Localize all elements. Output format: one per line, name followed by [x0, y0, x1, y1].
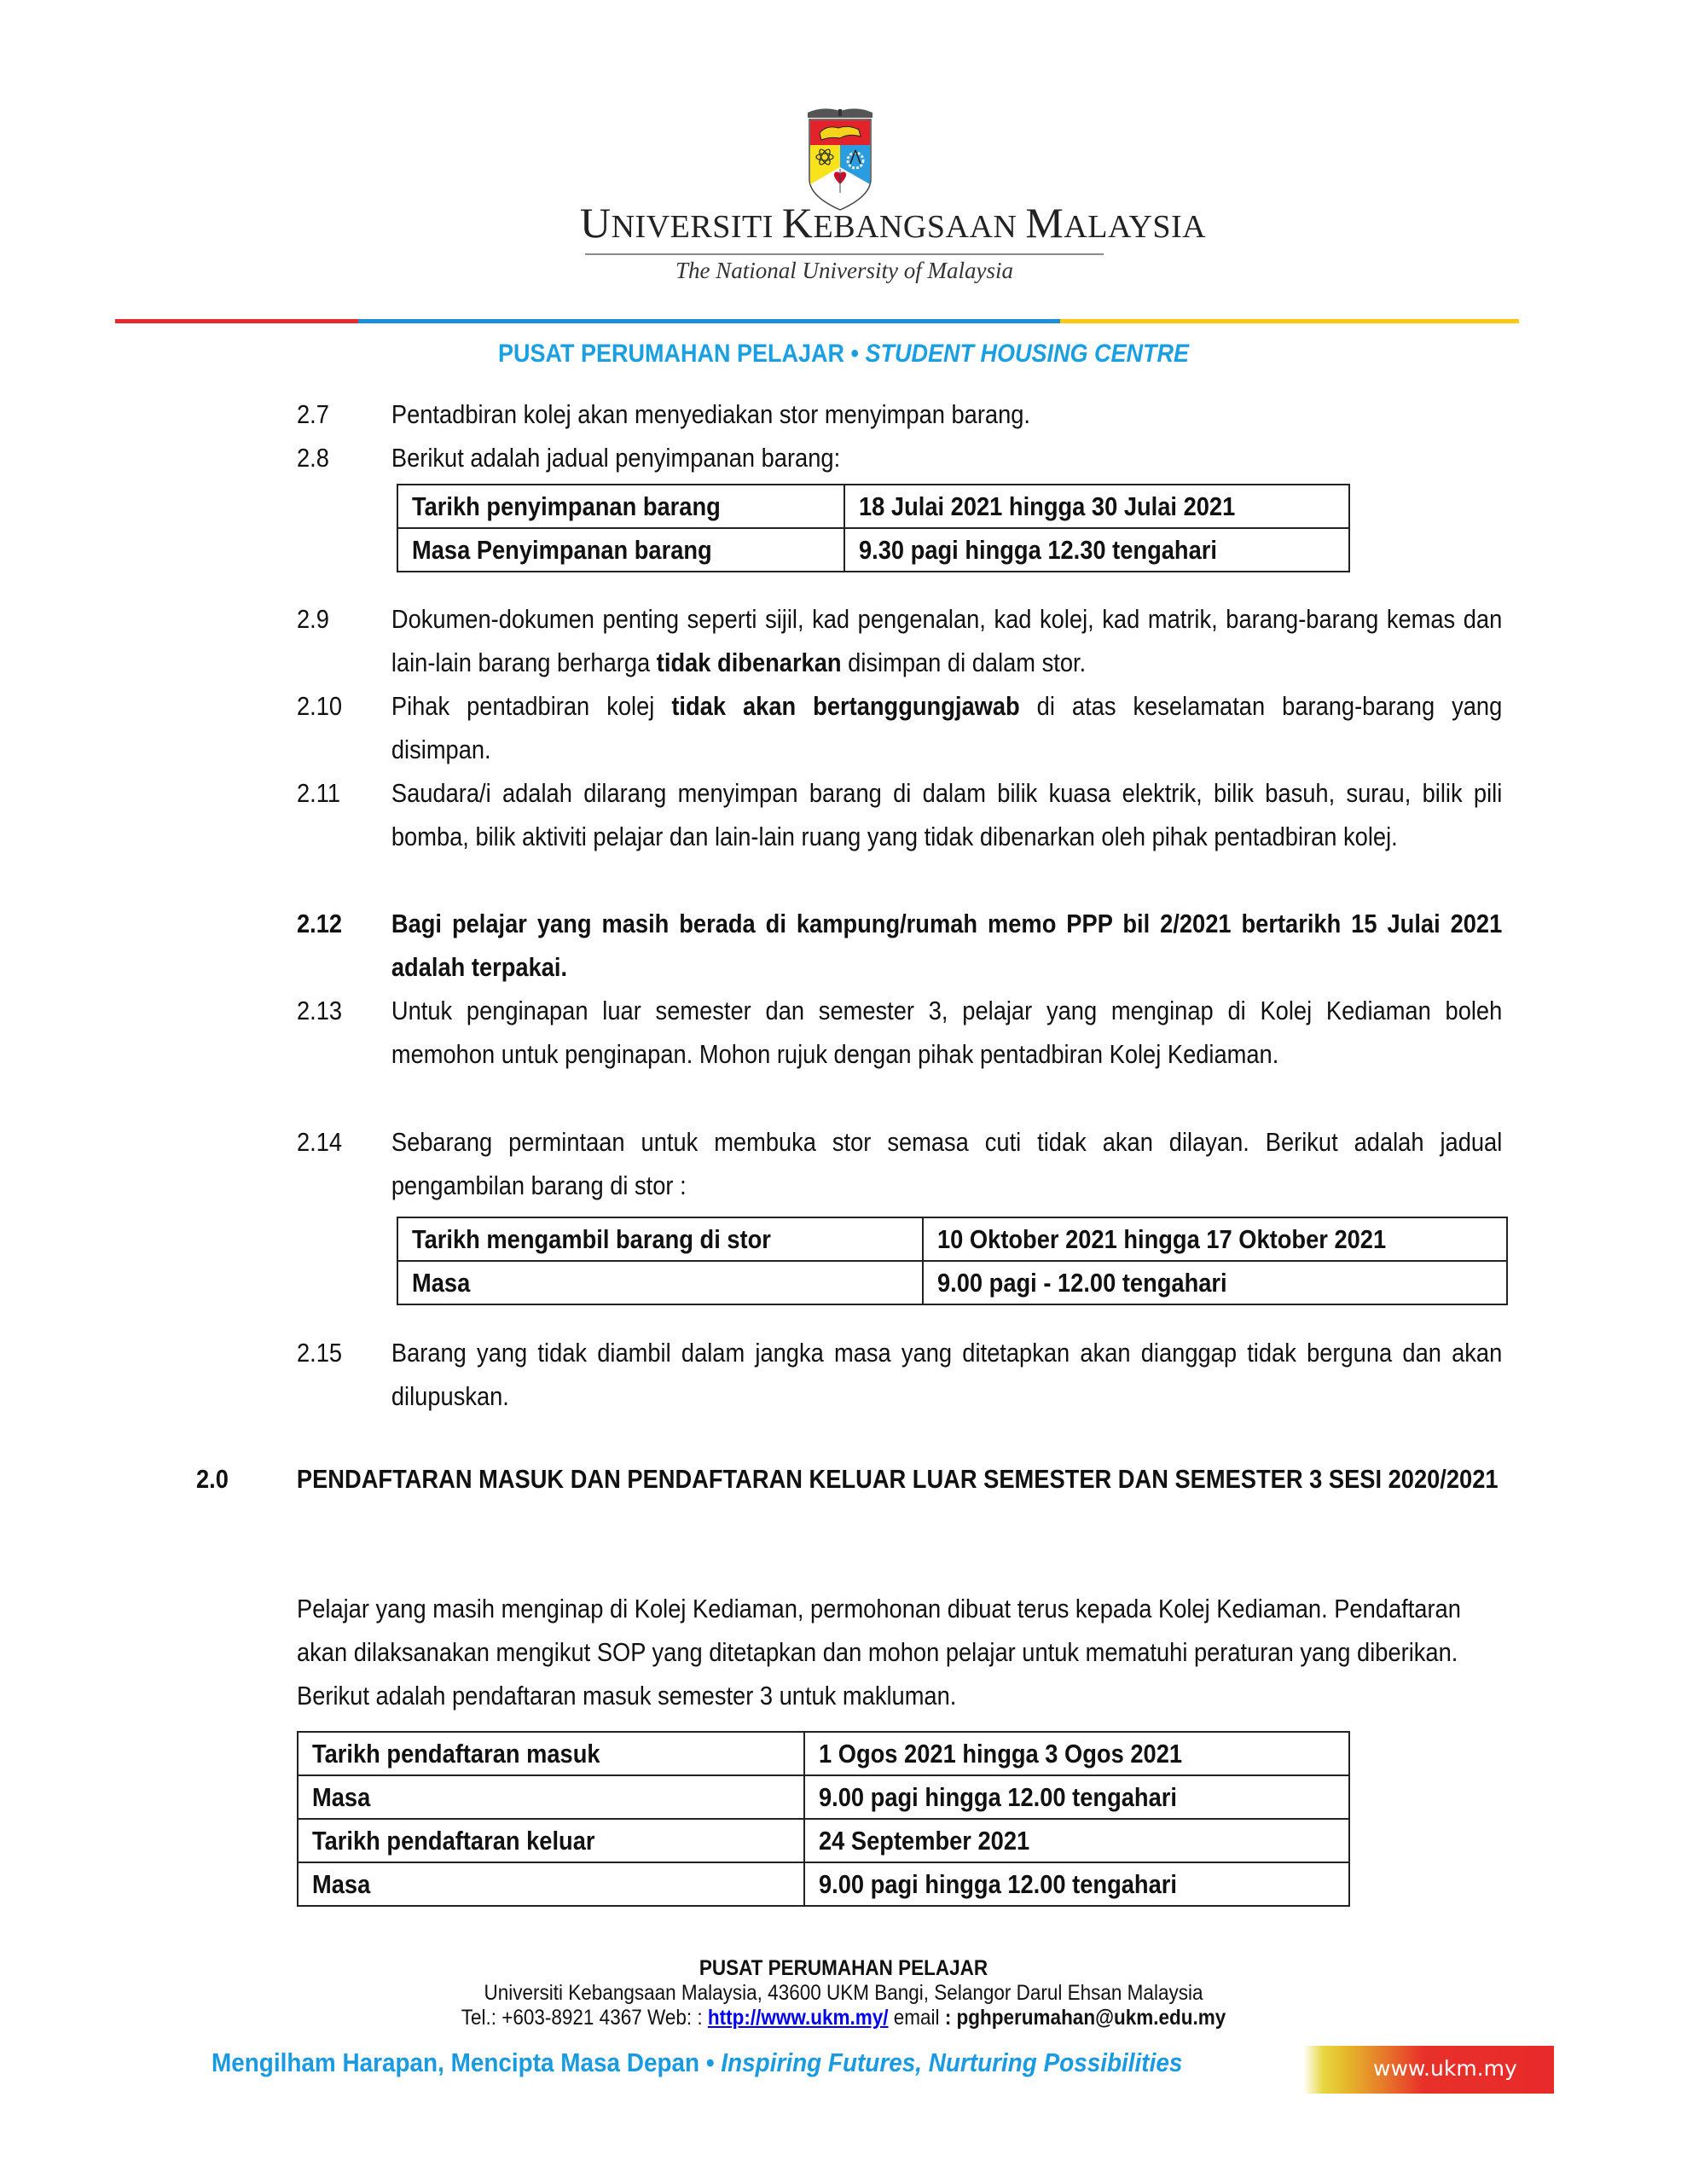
cell-text: Tarikh mengambil barang di stor — [412, 1224, 771, 1255]
wordmark-cap: U — [580, 199, 612, 247]
wordmark-part-2: KEBANGSAAN — [782, 209, 1025, 245]
table-row: Masa Penyimpanan barang 9.30 pagi hingga… — [397, 528, 1349, 572]
rule-segment-yellow — [1060, 319, 1519, 323]
section-paragraph: Pelajar yang masih menginap di Kolej Ked… — [297, 1587, 1513, 1717]
cell-text: 10 Oktober 2021 hingga 17 Oktober 2021 — [937, 1224, 1386, 1255]
section-title: PENDAFTARAN MASUK DAN PENDAFTARAN KELUAR… — [297, 1457, 1513, 1501]
item-text: Bagi pelajar yang masih berada di kampun… — [297, 902, 1502, 989]
table-cell-label: Masa — [298, 1775, 804, 1819]
table-cell-value: 9.30 pagi hingga 12.30 tengahari — [844, 528, 1349, 572]
item-text: Untuk penginapan luar semester dan semes… — [297, 989, 1502, 1076]
email-address[interactable]: : pghperumahan@ukm.edu.my — [945, 2006, 1226, 2030]
cell-text: 24 September 2021 — [819, 1826, 1029, 1856]
wordmark-rest: NIVERSITI — [612, 209, 782, 245]
wordmark-part-1: UNIVERSITI — [580, 209, 782, 245]
item-text: Sebarang permintaan untuk membuka stor s… — [297, 1120, 1502, 1207]
cell-text: Tarikh penyimpanan barang — [412, 491, 721, 522]
item-text: Pihak pentadbiran kolej tidak akan berta… — [297, 684, 1502, 771]
cell-text: Masa Penyimpanan barang — [412, 535, 712, 566]
item-text: Pentadbiran kolej akan menyediakan stor … — [297, 392, 1502, 436]
footer-organization: PUSAT PERUMAHAN PELAJAR — [84, 1956, 1603, 1981]
table-cell-label: Tarikh penyimpanan barang — [397, 485, 844, 528]
table-row: Masa 9.00 pagi hingga 12.00 tengahari — [298, 1862, 1349, 1906]
table-cell-value: 24 September 2021 — [804, 1819, 1349, 1862]
email-label: email — [889, 2006, 945, 2030]
cell-text: Masa — [312, 1782, 370, 1813]
department-name-ms: PUSAT PERUMAHAN PELAJAR — [498, 340, 844, 368]
university-wordmark: UNIVERSITI KEBANGSAAN MALAYSIA — [580, 198, 1109, 249]
footer-contact: Tel.: +603-8921 4367 Web: : http://www.u… — [84, 2006, 1603, 2030]
wordmark-cap: M — [1025, 199, 1064, 247]
table-row: Masa 9.00 pagi - 12.00 tengahari — [397, 1261, 1507, 1304]
motto-separator: • — [699, 2047, 721, 2077]
wordmark-cap: K — [782, 199, 814, 247]
web-badge-label[interactable]: www.ukm.my — [1373, 2056, 1544, 2081]
title-separator: • — [844, 340, 865, 368]
item-text: Saudara/i adalah dilarang menyimpan bara… — [297, 771, 1502, 858]
registration-schedule-table: Tarikh pendaftaran masuk 1 Ogos 2021 hin… — [297, 1731, 1350, 1907]
item-text: Berikut adalah jadual penyimpanan barang… — [297, 436, 1502, 479]
university-tagline: The National University of Malaysia — [580, 258, 1109, 288]
table-row: Tarikh mengambil barang di stor 10 Oktob… — [397, 1217, 1507, 1261]
table-cell-label: Masa — [397, 1261, 923, 1304]
table-cell-label: Tarikh mengambil barang di stor — [397, 1217, 923, 1261]
telephone-text: Tel.: +603-8921 4367 Web: : — [461, 2006, 708, 2030]
table-cell-label: Masa — [298, 1862, 804, 1906]
wordmark-divider — [585, 253, 1104, 255]
cell-text: 1 Ogos 2021 hingga 3 Ogos 2021 — [819, 1739, 1182, 1769]
item-text: Dokumen-dokumen penting seperti sijil, k… — [297, 597, 1502, 684]
table-cell-label: Tarikh pendaftaran keluar — [298, 1819, 804, 1862]
department-title: PUSAT PERUMAHAN PELAJAR • STUDENT HOUSIN… — [84, 340, 1603, 369]
text-run: disimpan di dalam stor. — [842, 648, 1087, 677]
website-link[interactable]: http://www.ukm.my/ — [708, 2006, 889, 2030]
cell-text: Tarikh pendaftaran masuk — [312, 1739, 600, 1769]
table-row: Tarikh pendaftaran masuk 1 Ogos 2021 hin… — [298, 1732, 1349, 1775]
cell-text: 9.00 pagi - 12.00 tengahari — [937, 1268, 1227, 1298]
table-cell-value: 18 Julai 2021 hingga 30 Julai 2021 — [844, 485, 1349, 528]
emphasis-text: tidak akan bertanggungjawab — [671, 691, 1019, 721]
header-color-rule — [115, 319, 1519, 323]
motto-en: Inspiring Futures, Nurturing Possibiliti… — [721, 2047, 1182, 2077]
table-row: Tarikh pendaftaran keluar 24 September 2… — [298, 1819, 1349, 1862]
table-cell-value: 9.00 pagi hingga 12.00 tengahari — [804, 1775, 1349, 1819]
section-number: 2.0 — [196, 1457, 229, 1501]
cell-text: 9.00 pagi hingga 12.00 tengahari — [819, 1782, 1177, 1813]
table-cell-value: 1 Ogos 2021 hingga 3 Ogos 2021 — [804, 1732, 1349, 1775]
cell-text: 9.00 pagi hingga 12.00 tengahari — [819, 1869, 1177, 1900]
rule-segment-red — [115, 319, 358, 323]
cell-text: 18 Julai 2021 hingga 30 Julai 2021 — [859, 491, 1235, 522]
cell-text: Masa — [412, 1268, 470, 1298]
wordmark-rest: EBANGSAAN — [813, 209, 1025, 245]
storage-schedule-table: Tarikh penyimpanan barang 18 Julai 2021 … — [397, 484, 1350, 572]
emphasis-text: tidak dibenarkan — [657, 648, 842, 677]
table-cell-value: 10 Oktober 2021 hingga 17 Oktober 2021 — [923, 1217, 1507, 1261]
table-cell-label: Tarikh pendaftaran masuk — [298, 1732, 804, 1775]
wordmark-part-3: MALAYSIA — [1025, 209, 1206, 245]
rule-segment-blue — [358, 319, 1060, 323]
item-text: Barang yang tidak diambil dalam jangka m… — [297, 1331, 1502, 1418]
cell-text: Tarikh pendaftaran keluar — [312, 1826, 595, 1856]
ukm-crest-svg — [797, 101, 883, 212]
footer-motto: Mengilham Harapan, Mencipta Masa Depan •… — [212, 2047, 1209, 2078]
cell-text: 9.30 pagi hingga 12.30 tengahari — [859, 535, 1217, 566]
cell-text: Masa — [312, 1869, 370, 1900]
footer-address: Universiti Kebangsaan Malaysia, 43600 UK… — [84, 1981, 1603, 2006]
collection-schedule-table: Tarikh mengambil barang di stor 10 Oktob… — [397, 1217, 1508, 1305]
department-name-en: STUDENT HOUSING CENTRE — [865, 340, 1189, 368]
table-cell-label: Masa Penyimpanan barang — [397, 528, 844, 572]
text-run: Pihak pentadbiran kolej — [391, 691, 671, 721]
table-cell-value: 9.00 pagi hingga 12.00 tengahari — [804, 1862, 1349, 1906]
wordmark-rest: ALAYSIA — [1064, 209, 1206, 245]
ukm-crest-icon — [797, 101, 883, 212]
motto-ms: Mengilham Harapan, Mencipta Masa Depan — [212, 2047, 699, 2077]
table-row: Tarikh penyimpanan barang 18 Julai 2021 … — [397, 485, 1349, 528]
table-cell-value: 9.00 pagi - 12.00 tengahari — [923, 1261, 1507, 1304]
table-row: Masa 9.00 pagi hingga 12.00 tengahari — [298, 1775, 1349, 1819]
